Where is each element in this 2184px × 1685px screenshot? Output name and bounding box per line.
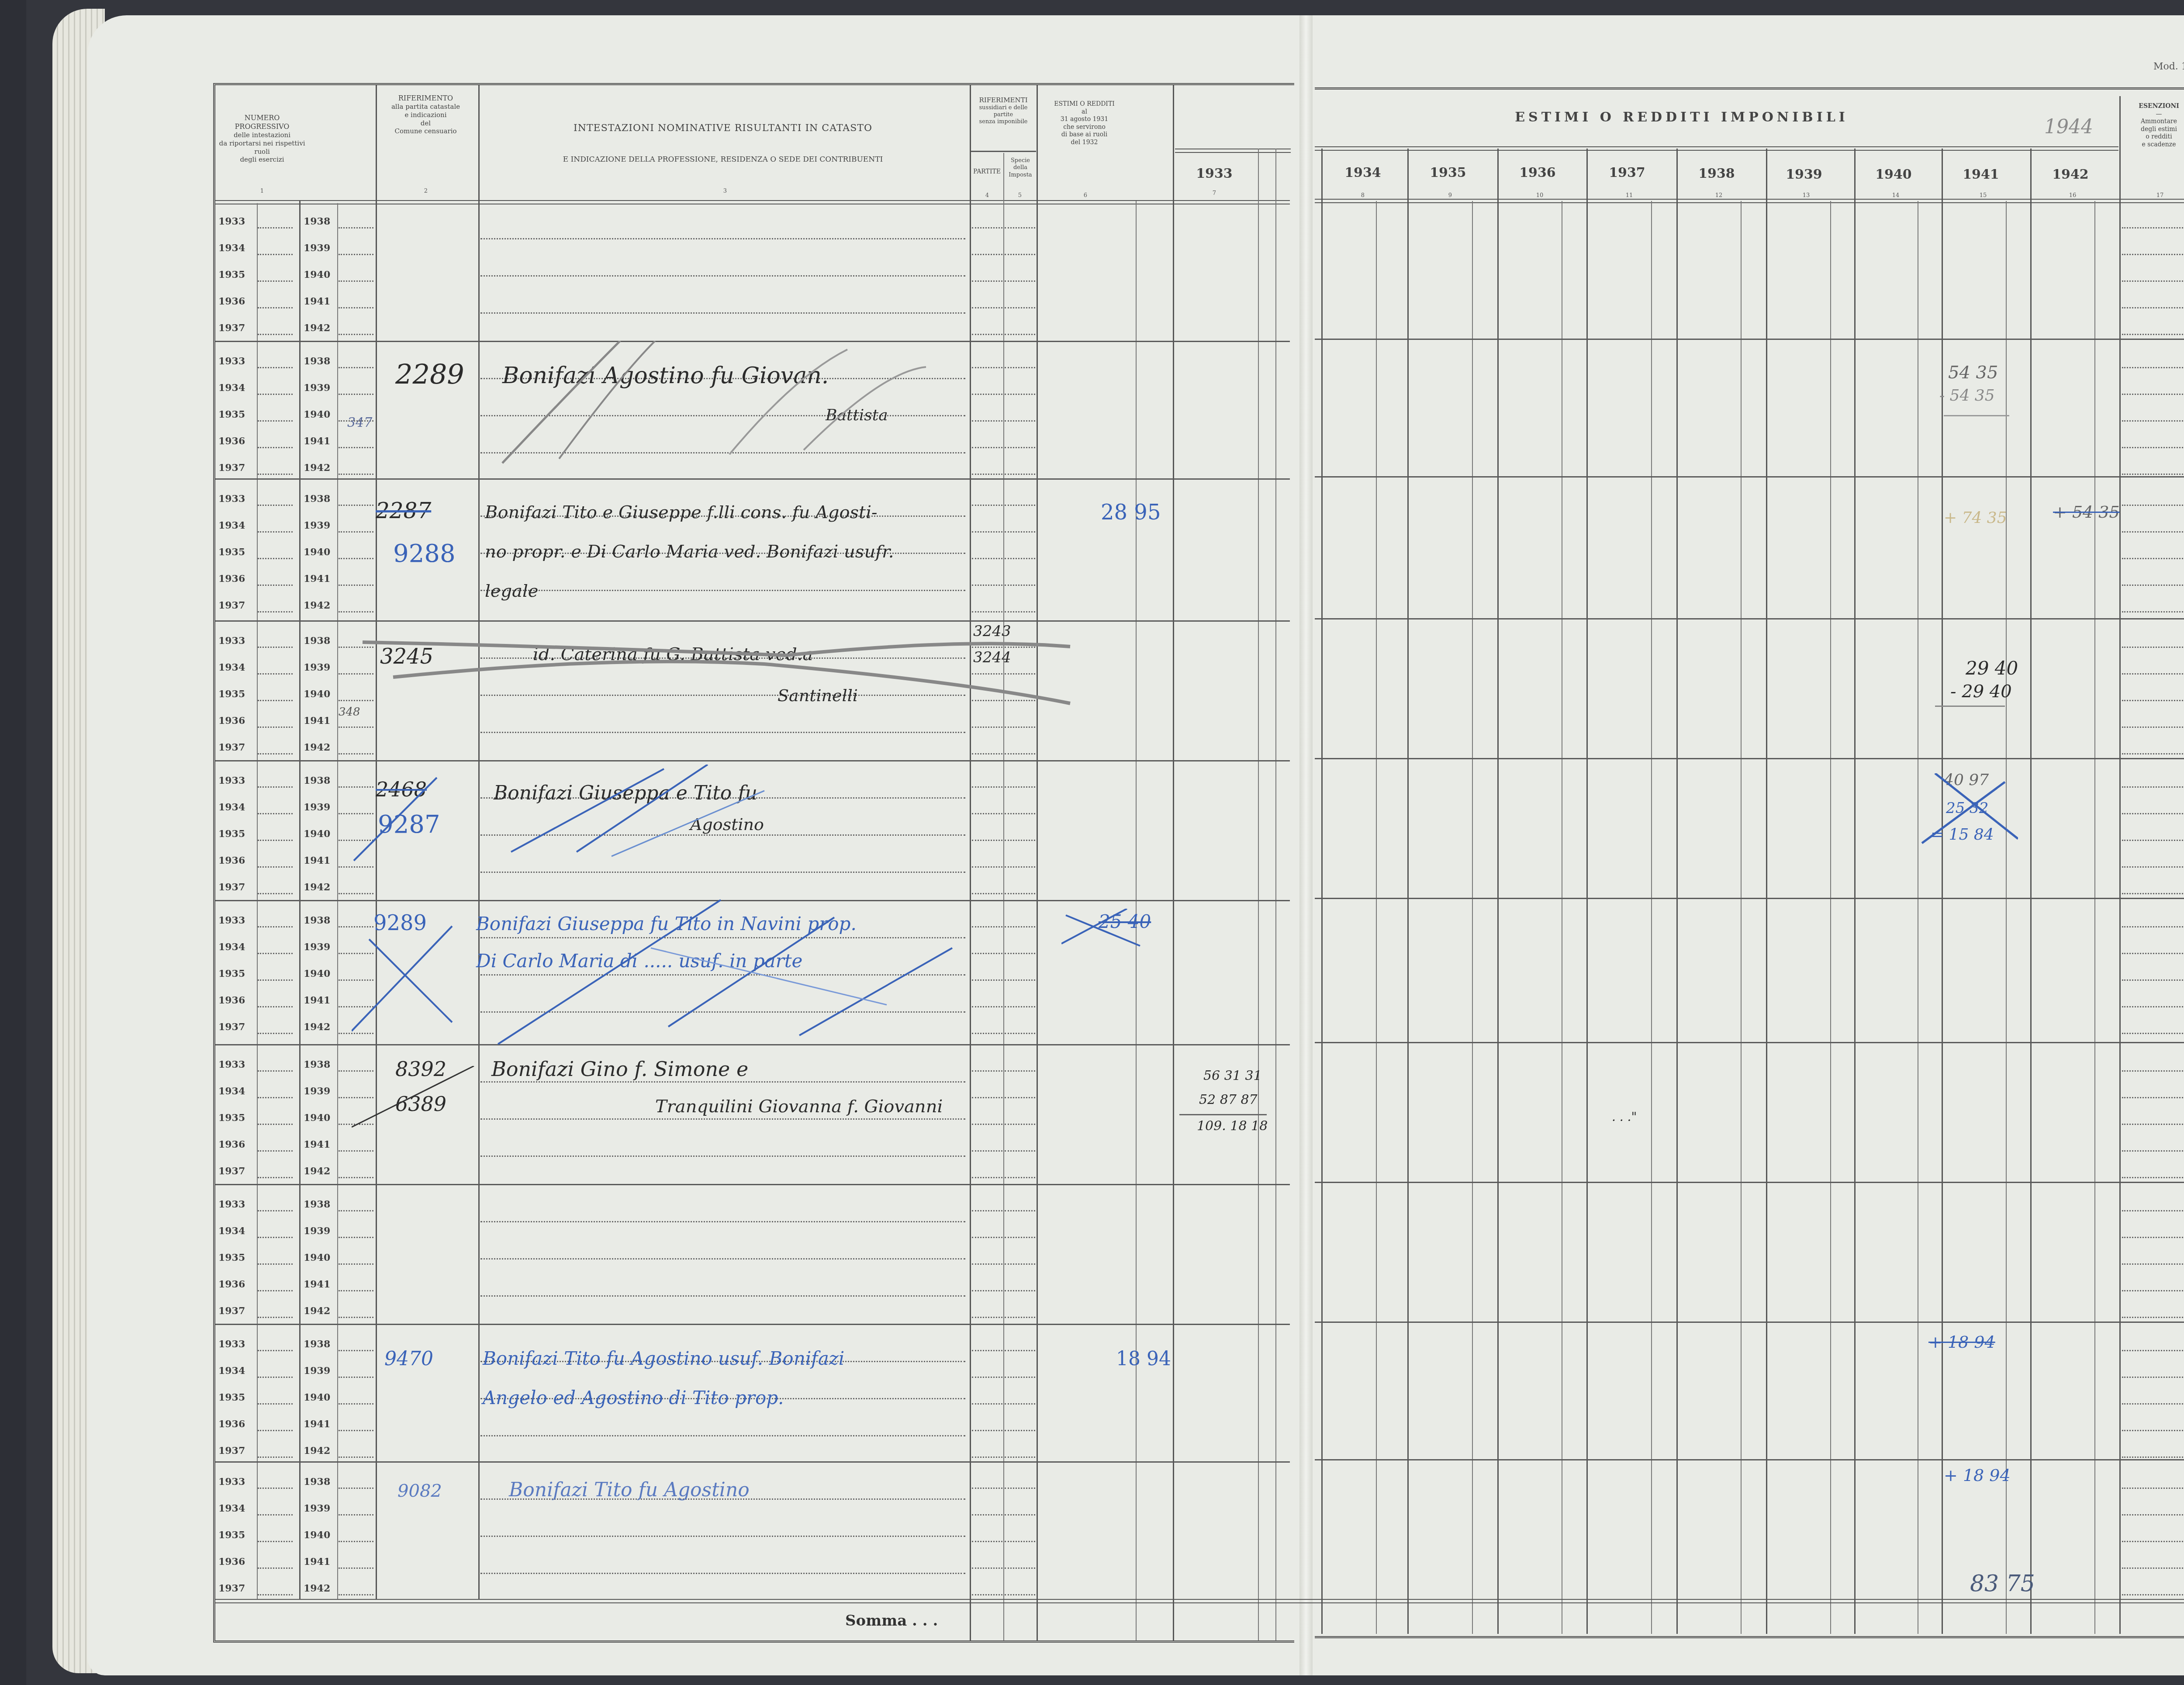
dotted-rule bbox=[258, 420, 293, 422]
dotted-rule bbox=[339, 447, 373, 448]
header-col6: ESTIMI O REDDITI al 31 agosto 1931 che s… bbox=[1037, 100, 1131, 146]
year-label-right: 1938 bbox=[304, 1339, 330, 1350]
entry-3-partita-new: 9288 bbox=[393, 540, 456, 568]
dotted-rule bbox=[972, 1594, 1002, 1595]
year-label-left: 1935 bbox=[218, 269, 245, 280]
dotted-rule bbox=[339, 1430, 373, 1431]
header-col6-line: 31 agosto 1931 bbox=[1037, 116, 1131, 124]
header-riferimenti-line: senza imponibile bbox=[971, 118, 1036, 125]
dotted-rule bbox=[258, 447, 293, 448]
dotted-rule bbox=[1005, 1177, 1035, 1178]
year-label-left: 1934 bbox=[218, 382, 245, 394]
dotted-rule bbox=[1005, 840, 1035, 841]
header-col6-line: che servirono bbox=[1037, 124, 1131, 131]
dotted-rule bbox=[1005, 394, 1035, 395]
year-label-left: 1935 bbox=[218, 1252, 245, 1263]
year-label-left: 1934 bbox=[218, 802, 245, 813]
year-label-left: 1934 bbox=[218, 1225, 245, 1237]
year-label-right: 1941 bbox=[304, 995, 330, 1006]
dotted-rule bbox=[1005, 926, 1035, 927]
entry-9-val-1941: + 18 94 bbox=[1928, 1332, 1995, 1352]
col-line bbox=[1472, 201, 1473, 1634]
dotted-rule bbox=[972, 866, 1002, 868]
year-header-1940: 1940 bbox=[1854, 167, 1933, 182]
year-label-right: 1938 bbox=[304, 1199, 330, 1210]
header-col2: RIFERIMENTO alla partita catastale e ind… bbox=[377, 94, 475, 135]
dotted-rule bbox=[972, 254, 1002, 255]
header-riferimenti-title: RIFERIMENTI bbox=[971, 96, 1036, 104]
dotted-rule bbox=[339, 254, 373, 255]
entry-7-name-line2: Tranquilini Giovanna f. Giovanni bbox=[655, 1097, 943, 1117]
dotted-rule bbox=[2122, 1594, 2184, 1595]
dotted-rule bbox=[258, 611, 293, 612]
header-col2-title: RIFERIMENTO bbox=[377, 94, 475, 103]
dotted-rule bbox=[258, 926, 293, 927]
dotted-rule bbox=[2122, 1567, 2184, 1569]
entry-6-cross bbox=[352, 922, 461, 1035]
dotted-rule bbox=[2122, 1377, 2184, 1378]
header-col5-line: Imposta bbox=[1005, 172, 1036, 179]
col-line bbox=[2030, 149, 2032, 1634]
dotted-rule bbox=[258, 727, 293, 728]
year-label-left: 1937 bbox=[218, 1305, 245, 1317]
header-esenzioni-line: o redditi bbox=[2121, 133, 2184, 141]
dotted-rule bbox=[2122, 1488, 2184, 1489]
header-col3-line2: E INDICAZIONE DELLA PROFESSIONE, RESIDEN… bbox=[480, 155, 965, 164]
header-col2-line: alla partita catastale bbox=[377, 103, 475, 111]
dotted-rule bbox=[972, 1006, 1002, 1007]
book-gutter bbox=[1299, 15, 1313, 1675]
entry-10-name-line1: Bonifazi Tito fu Agostino bbox=[509, 1479, 750, 1501]
year-header-1937: 1937 bbox=[1588, 165, 1666, 180]
dotted-rule bbox=[339, 1210, 373, 1211]
dotted-rule bbox=[2122, 926, 2184, 927]
dotted-rule bbox=[1005, 558, 1035, 559]
dotted-rule bbox=[2122, 367, 2184, 368]
year-label-right: 1938 bbox=[304, 1059, 330, 1070]
dotted-rule bbox=[1005, 1377, 1035, 1378]
dotted-rule bbox=[2122, 1541, 2184, 1542]
dotted-rule bbox=[1005, 447, 1035, 448]
year-label-left: 1937 bbox=[218, 1445, 245, 1457]
year-label-left: 1933 bbox=[218, 1476, 245, 1488]
dotted-rule bbox=[339, 585, 373, 586]
entry-9-name-line1: Bonifazi Tito fu Agostino usuf. Bonifazi bbox=[483, 1348, 844, 1369]
dotted-rule bbox=[1005, 1033, 1035, 1034]
dotted-rule bbox=[2122, 585, 2184, 586]
dotted-rule bbox=[1005, 420, 1035, 422]
year-label-right: 1938 bbox=[304, 1476, 330, 1488]
col-line bbox=[1942, 149, 1943, 1634]
name-dotted-rule bbox=[480, 1295, 965, 1297]
dotted-rule bbox=[258, 1177, 293, 1178]
year-header-1939: 1939 bbox=[1765, 167, 1843, 182]
dotted-rule bbox=[972, 926, 1002, 927]
name-dotted-rule bbox=[480, 590, 965, 591]
year-label-left: 1935 bbox=[218, 1529, 245, 1541]
dotted-rule bbox=[2122, 840, 2184, 841]
dotted-rule bbox=[258, 1033, 293, 1034]
col-line bbox=[1741, 201, 1742, 1634]
header-col5: Specie della Imposta bbox=[1005, 157, 1036, 179]
entry-4-val-1941: 29 40 bbox=[1966, 657, 2018, 679]
year-label-right: 1942 bbox=[304, 1305, 330, 1317]
entry-3-name-line1: Bonifazi Tito e Giuseppe f.lli cons. fu … bbox=[485, 502, 877, 522]
year-label-right: 1940 bbox=[304, 1112, 330, 1124]
dotted-rule bbox=[2122, 1006, 2184, 1007]
dotted-rule bbox=[972, 1457, 1002, 1458]
year-label-left: 1935 bbox=[218, 1392, 245, 1403]
dotted-rule bbox=[1005, 893, 1035, 894]
dotted-rule bbox=[258, 1124, 293, 1125]
year-label-left: 1933 bbox=[218, 1059, 245, 1070]
dotted-rule bbox=[1005, 1567, 1035, 1569]
dotted-rule bbox=[2122, 1097, 2184, 1098]
year-header-1938: 1938 bbox=[1677, 166, 1756, 181]
dotted-rule bbox=[258, 866, 293, 868]
header-col4-5-divider bbox=[971, 151, 1036, 152]
dotted-rule bbox=[258, 1097, 293, 1098]
dotted-rule bbox=[972, 1350, 1002, 1351]
dotted-rule bbox=[339, 1150, 373, 1152]
col-line bbox=[2119, 96, 2121, 1634]
year-label-right: 1940 bbox=[304, 968, 330, 979]
dotted-rule bbox=[972, 1097, 1002, 1098]
dotted-rule bbox=[258, 1150, 293, 1152]
dotted-rule bbox=[258, 1541, 293, 1542]
year-label-left: 1935 bbox=[218, 828, 245, 840]
dotted-rule bbox=[258, 367, 293, 368]
dotted-rule bbox=[339, 1457, 373, 1458]
dotted-rule bbox=[972, 474, 1002, 475]
col-num-10: 10 bbox=[1535, 192, 1544, 199]
year-label-left: 1936 bbox=[218, 573, 245, 585]
dotted-rule bbox=[1005, 1403, 1035, 1405]
dotted-rule bbox=[339, 474, 373, 475]
entry-4-cross-out bbox=[218, 629, 1075, 716]
dotted-rule bbox=[339, 753, 373, 754]
dotted-rule bbox=[2122, 1290, 2184, 1291]
entry-7-sum-rule bbox=[1179, 1114, 1267, 1115]
dotted-rule bbox=[339, 893, 373, 894]
year-label-right: 1942 bbox=[304, 882, 330, 893]
name-dotted-rule bbox=[480, 1573, 965, 1574]
header-esenzioni-line: degli estimi bbox=[2121, 126, 2184, 134]
year-label-left: 1933 bbox=[218, 216, 245, 227]
col-line bbox=[1173, 85, 1174, 1640]
name-dotted-rule bbox=[480, 1156, 965, 1157]
entry-2-margin-note: 347 bbox=[347, 415, 372, 430]
dotted-rule bbox=[972, 1177, 1002, 1178]
dotted-rule bbox=[258, 558, 293, 559]
year-label-left: 1936 bbox=[218, 715, 245, 727]
entry-7-val-1933-line2: 52 87 87 bbox=[1199, 1092, 1258, 1107]
year-label-left: 1937 bbox=[218, 600, 245, 611]
dotted-rule bbox=[1005, 786, 1035, 788]
dotted-rule bbox=[2122, 1210, 2184, 1211]
col-line bbox=[1562, 201, 1562, 1634]
entry-2-partita: 2289 bbox=[395, 358, 464, 390]
dotted-rule bbox=[972, 1567, 1002, 1569]
dotted-rule bbox=[258, 1290, 293, 1291]
name-dotted-rule bbox=[480, 1081, 965, 1083]
dotted-rule bbox=[258, 786, 293, 788]
year-label-right: 1941 bbox=[304, 436, 330, 447]
header-col4-5-group: RIFERIMENTI sussidiari e delle partite s… bbox=[971, 96, 1036, 126]
col-line bbox=[1854, 149, 1856, 1634]
dotted-rule bbox=[1005, 611, 1035, 612]
block-divider-right bbox=[1315, 618, 2184, 619]
dotted-rule bbox=[339, 866, 373, 868]
dotted-rule bbox=[972, 611, 1002, 612]
dotted-rule bbox=[972, 786, 1002, 788]
dotted-rule bbox=[1005, 1430, 1035, 1431]
year-label-right: 1938 bbox=[304, 356, 330, 367]
col-line bbox=[1497, 149, 1499, 1634]
header-col3-line1: INTESTAZIONI NOMINATIVE RISULTANTI IN CA… bbox=[480, 122, 965, 135]
year-label-right: 1941 bbox=[304, 1419, 330, 1430]
dotted-rule bbox=[2122, 1514, 2184, 1515]
col-line bbox=[1258, 149, 1259, 1640]
entry-9-name-line2: Angelo ed Agostino di Tito prop. bbox=[483, 1387, 784, 1408]
header-col4: PARTITE bbox=[971, 168, 1003, 176]
year-label-right: 1940 bbox=[304, 1529, 330, 1541]
year-label-right: 1942 bbox=[304, 1021, 330, 1033]
year-label-right: 1941 bbox=[304, 1556, 330, 1567]
year-label-right: 1942 bbox=[304, 1445, 330, 1457]
year-header-rule-left bbox=[1175, 149, 1291, 153]
dotted-rule bbox=[258, 953, 293, 954]
block-divider-right bbox=[1315, 339, 2184, 340]
header-esenzioni: ESENZIONI — Ammontare degli estimi o red… bbox=[2121, 103, 2184, 149]
dotted-rule bbox=[972, 1033, 1002, 1034]
col-line bbox=[1651, 201, 1652, 1634]
dotted-rule bbox=[258, 840, 293, 841]
year-label-right: 1939 bbox=[304, 802, 330, 813]
dotted-rule bbox=[339, 307, 373, 308]
block-divider-left bbox=[215, 1184, 1290, 1185]
dotted-rule bbox=[258, 1594, 293, 1595]
year-label-right: 1942 bbox=[304, 600, 330, 611]
col-num-1: 1 bbox=[258, 188, 266, 194]
year-label-left: 1935 bbox=[218, 409, 245, 420]
col-num-6: 6 bbox=[1081, 192, 1090, 199]
dotted-rule bbox=[2122, 1350, 2184, 1351]
dotted-rule bbox=[2122, 979, 2184, 981]
dotted-rule bbox=[1005, 1237, 1035, 1238]
dotted-rule bbox=[339, 558, 373, 559]
dotted-rule bbox=[1005, 307, 1035, 308]
year-label-left: 1933 bbox=[218, 356, 245, 367]
dotted-rule bbox=[2122, 786, 2184, 788]
dotted-rule bbox=[972, 1430, 1002, 1431]
name-dotted-rule bbox=[480, 872, 965, 873]
dotted-rule bbox=[2122, 1403, 2184, 1405]
dotted-rule bbox=[258, 1237, 293, 1238]
dotted-rule bbox=[972, 953, 1002, 954]
dotted-rule bbox=[258, 893, 293, 894]
dotted-rule bbox=[258, 753, 293, 754]
form-model-label: Mod. 111 - Imposte Dirette (Intercalare)… bbox=[2153, 61, 2184, 72]
dotted-rule bbox=[1005, 866, 1035, 868]
entry-9-estimo-1931: 18 94 bbox=[1116, 1348, 1171, 1370]
dotted-rule bbox=[972, 1237, 1002, 1238]
year-label-right: 1939 bbox=[304, 1225, 330, 1237]
dotted-rule bbox=[258, 394, 293, 395]
entry-3-partita-old: 2287 bbox=[376, 498, 431, 523]
entry-6-estimo-cross bbox=[1061, 909, 1149, 948]
year-header-1942: 1942 bbox=[2031, 167, 2110, 182]
block-divider-left bbox=[215, 760, 1290, 761]
col-num-11: 11 bbox=[1625, 192, 1634, 199]
dotted-rule bbox=[972, 1124, 1002, 1125]
dotted-rule bbox=[258, 813, 293, 814]
year-label-left: 1936 bbox=[218, 1556, 245, 1567]
dotted-rule bbox=[2122, 254, 2184, 255]
entry-6-blue-strikes bbox=[494, 882, 974, 1048]
dotted-rule bbox=[258, 307, 293, 308]
dotted-rule bbox=[1005, 1124, 1035, 1125]
dotted-rule bbox=[972, 753, 1002, 754]
dotted-rule bbox=[972, 979, 1002, 981]
dotted-rule bbox=[972, 531, 1002, 533]
col-num-2: 2 bbox=[422, 188, 430, 194]
dotted-rule bbox=[339, 1263, 373, 1265]
dotted-rule bbox=[258, 1350, 293, 1351]
year-label-left: 1937 bbox=[218, 1021, 245, 1033]
dotted-rule bbox=[339, 1237, 373, 1238]
year-label-left: 1936 bbox=[218, 436, 245, 447]
dotted-rule bbox=[2122, 1033, 2184, 1034]
col-num-9: 9 bbox=[1446, 192, 1455, 199]
header-riferimenti-line: sussidiari e delle partite bbox=[971, 104, 1036, 119]
year-label-left: 1933 bbox=[218, 775, 245, 786]
header-esenzioni-line: — bbox=[2121, 111, 2184, 118]
header-esenzioni-line: Ammontare bbox=[2121, 118, 2184, 126]
col-line bbox=[1586, 149, 1588, 1634]
dotted-rule bbox=[1005, 753, 1035, 754]
entry-3-name-line2: no propr. e Di Carlo Maria ved. Bonifazi… bbox=[485, 542, 894, 562]
dotted-rule bbox=[1005, 1006, 1035, 1007]
entry-5-blue-strikes bbox=[349, 765, 830, 865]
dotted-rule bbox=[339, 727, 373, 728]
dotted-rule bbox=[258, 1006, 293, 1007]
dotted-rule bbox=[258, 1210, 293, 1211]
dotted-rule bbox=[258, 334, 293, 335]
dotted-rule bbox=[2122, 647, 2184, 648]
year-header-1941: 1941 bbox=[1942, 167, 2020, 182]
col-num-15: 15 bbox=[1979, 192, 1987, 199]
year-label-left: 1936 bbox=[218, 995, 245, 1006]
dotted-rule bbox=[1005, 1290, 1035, 1291]
dotted-rule bbox=[2122, 700, 2184, 701]
dotted-rule bbox=[339, 531, 373, 533]
col-line bbox=[1376, 201, 1377, 1634]
dotted-rule bbox=[1005, 280, 1035, 282]
dotted-rule bbox=[2122, 474, 2184, 475]
year-label-left: 1937 bbox=[218, 882, 245, 893]
dotted-rule bbox=[258, 254, 293, 255]
year-label-left: 1937 bbox=[218, 462, 245, 474]
year-label-left: 1933 bbox=[218, 1199, 245, 1210]
dotted-rule bbox=[972, 1541, 1002, 1542]
dotted-rule bbox=[1005, 813, 1035, 814]
dotted-rule bbox=[972, 840, 1002, 841]
header-col5-line: della bbox=[1005, 164, 1036, 171]
entry-7-dots-note: . . ." bbox=[1612, 1110, 1637, 1124]
entry-7-name-line1: Bonifazi Gino f. Simone e bbox=[491, 1057, 748, 1081]
dotted-rule bbox=[1005, 1317, 1035, 1318]
year-label-left: 1934 bbox=[218, 520, 245, 531]
year-label-right: 1940 bbox=[304, 1252, 330, 1263]
col-line bbox=[1676, 149, 1678, 1634]
dotted-rule bbox=[2122, 893, 2184, 894]
dotted-rule bbox=[258, 1317, 293, 1318]
dotted-rule bbox=[2122, 1177, 2184, 1178]
dotted-rule bbox=[1005, 585, 1035, 586]
dotted-rule bbox=[339, 1350, 373, 1351]
dotted-rule bbox=[1005, 1488, 1035, 1489]
name-dotted-rule bbox=[480, 1435, 965, 1436]
dotted-rule bbox=[339, 1514, 373, 1515]
entry-2-sum-rule bbox=[1944, 415, 2009, 416]
dotted-rule bbox=[1005, 979, 1035, 981]
header-col1-title: NUMERO PROGRESSIVO bbox=[218, 114, 306, 131]
estimi-title: ESTIMI O REDDITI IMPONIBILI bbox=[1463, 109, 1900, 126]
header-col1-line: da riportarsi nei rispettivi ruoli bbox=[218, 139, 306, 156]
entry-9-partita: 9470 bbox=[384, 1348, 433, 1370]
dotted-rule bbox=[2122, 1070, 2184, 1072]
year-label-right: 1940 bbox=[304, 828, 330, 840]
dotted-rule bbox=[339, 1290, 373, 1291]
estimi-pencil-note: 1944 bbox=[2044, 116, 2093, 138]
dotted-rule bbox=[1005, 727, 1035, 728]
entry-7-val-1933-line3: 109. 18 18 bbox=[1197, 1118, 1268, 1134]
dotted-rule bbox=[339, 1488, 373, 1489]
year-label-left: 1934 bbox=[218, 1086, 245, 1097]
year-label-right: 1941 bbox=[304, 1139, 330, 1150]
dotted-rule bbox=[1005, 367, 1035, 368]
dotted-rule bbox=[2122, 394, 2184, 395]
year-label-right: 1940 bbox=[304, 1392, 330, 1403]
dotted-rule bbox=[339, 394, 373, 395]
dotted-rule bbox=[2122, 866, 2184, 868]
dotted-rule bbox=[339, 367, 373, 368]
name-dotted-rule bbox=[480, 1118, 965, 1120]
dotted-rule bbox=[1005, 1457, 1035, 1458]
dotted-rule bbox=[2122, 1457, 2184, 1458]
entry-7-divider-slash bbox=[352, 1066, 478, 1131]
table-bottom-rule bbox=[215, 1599, 2184, 1603]
year-header-1934: 1934 bbox=[1324, 165, 1402, 180]
year-label-left: 1934 bbox=[218, 1503, 245, 1514]
year-label-right: 1940 bbox=[304, 269, 330, 280]
dotted-rule bbox=[1005, 953, 1035, 954]
entry-5-1941-cross bbox=[1918, 773, 2018, 848]
block-divider-right bbox=[1315, 1182, 2184, 1183]
block-divider-right bbox=[1315, 898, 2184, 899]
col-num-16: 16 bbox=[2068, 192, 2077, 199]
dotted-rule bbox=[258, 1567, 293, 1569]
dotted-rule bbox=[972, 558, 1002, 559]
col-line bbox=[1003, 153, 1004, 1640]
dotted-rule bbox=[2122, 813, 2184, 814]
dotted-rule bbox=[2122, 1150, 2184, 1152]
header-col6-line: di base ai ruoli bbox=[1037, 131, 1131, 139]
year-label-right: 1942 bbox=[304, 1166, 330, 1177]
dotted-rule bbox=[2122, 1430, 2184, 1431]
somma-val-1941: 83 75 bbox=[1970, 1571, 2035, 1597]
